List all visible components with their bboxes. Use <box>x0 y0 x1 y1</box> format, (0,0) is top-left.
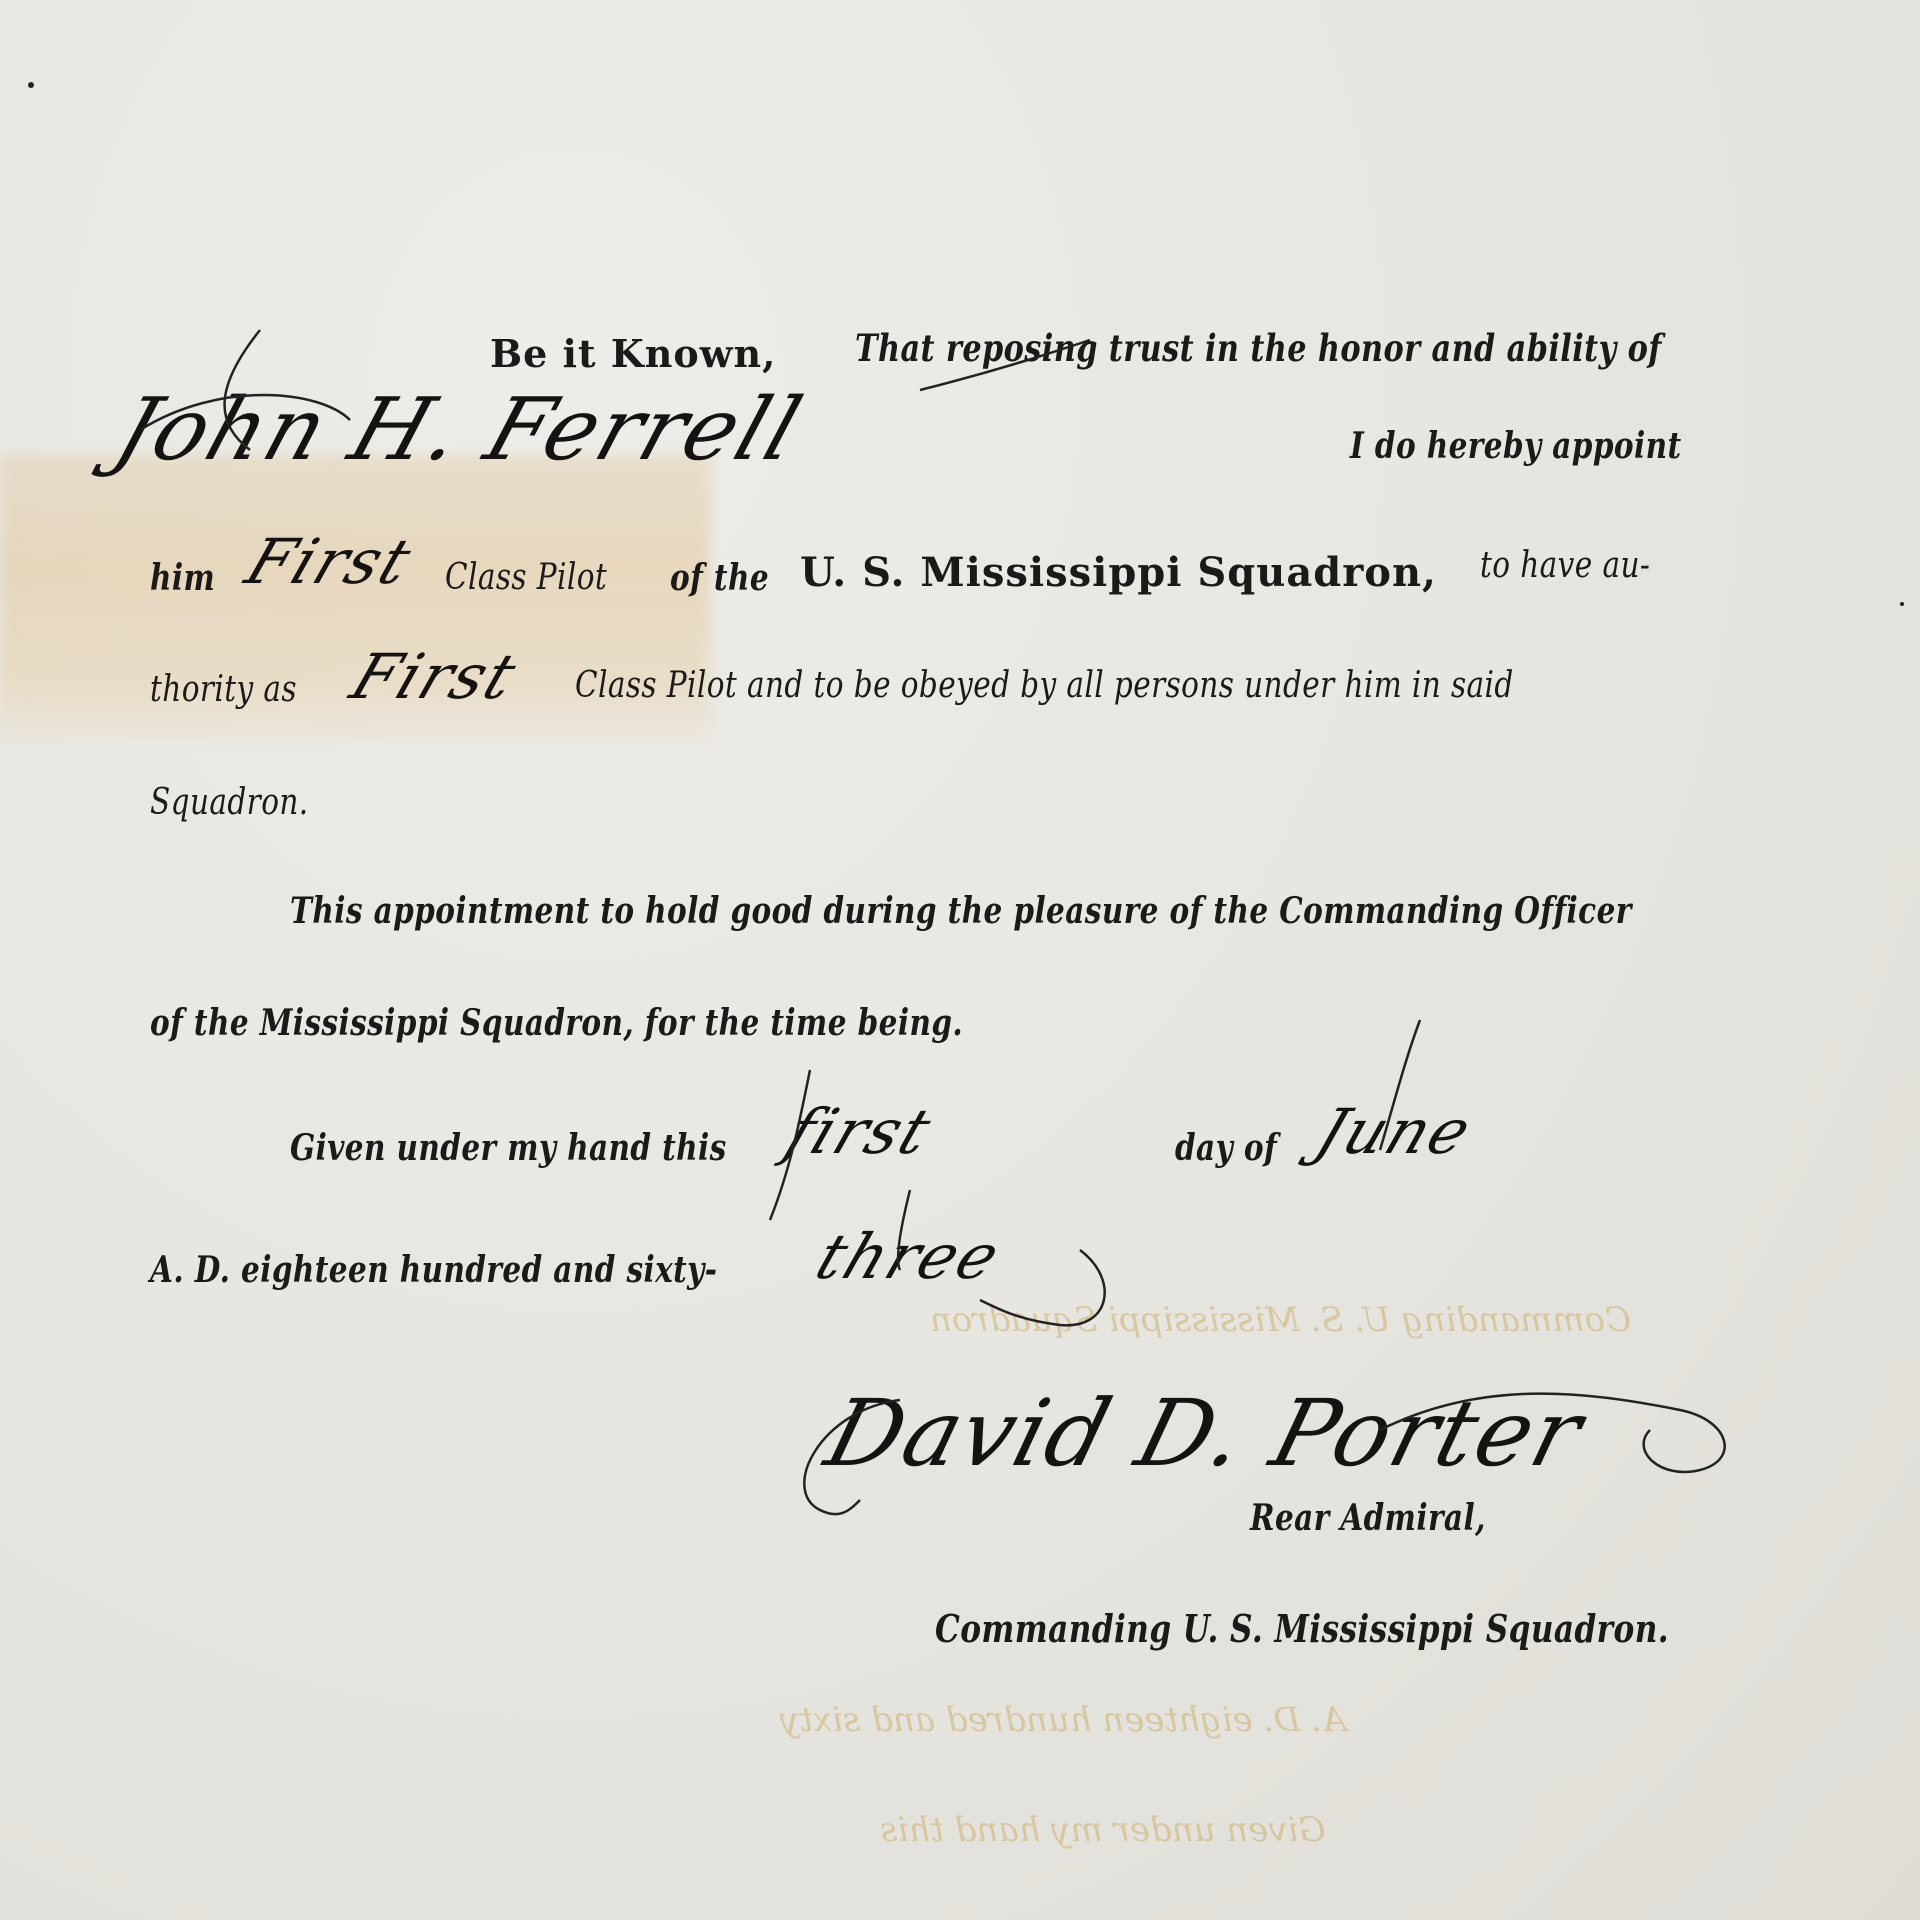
bleed-through-text: A. D. eighteen hundred and sixty <box>780 1700 1347 1740</box>
to-have-au: to have au- <box>1480 548 1688 584</box>
squadron-name-bold: U. S. Mississippi Squadron, <box>800 553 1437 593</box>
ink-speck <box>1900 602 1904 606</box>
document-page: Commanding U. S. Mississippi Squadron A.… <box>0 0 1920 1920</box>
opening-italic: That reposing trust in the honor and abi… <box>855 330 1839 368</box>
ink-speck <box>28 82 34 88</box>
line-4-lead: thority as <box>150 672 329 708</box>
command-line: Commanding U. S. Mississippi Squadron. <box>935 1610 1830 1649</box>
year-flourish <box>900 1190 1140 1340</box>
paragraph-2-line-2: of the Mississippi Squadron, for the tim… <box>150 1005 1142 1042</box>
squadron-end: Squadron. <box>150 785 343 821</box>
line-4-tail: Class Pilot and to be obeyed by all pers… <box>575 668 1720 704</box>
appoint-phrase: I do hereby appoint <box>1350 428 1754 465</box>
year-lead: A. D. eighteen hundred and sixty- <box>150 1252 842 1289</box>
rank-handwritten-2: First <box>342 640 528 713</box>
given-lead: Given under my hand this <box>290 1130 823 1167</box>
day-flourish <box>760 1070 840 1230</box>
name-flourish <box>100 320 1000 480</box>
month-flourish <box>1360 1020 1440 1160</box>
signature-flourish <box>780 1370 1880 1570</box>
rear-admiral-title: Rear Admiral, <box>1250 1500 1538 1537</box>
bleed-through-text: Given under my hand this <box>880 1810 1326 1850</box>
day-of: day of <box>1175 1130 1299 1167</box>
class-pilot: Class Pilot <box>445 560 643 596</box>
paragraph-2-line-1: This appointment to hold good during the… <box>290 893 1920 930</box>
of-the: of the <box>670 560 791 597</box>
line-3: him <box>150 560 230 597</box>
rank-handwritten: First <box>237 525 423 598</box>
